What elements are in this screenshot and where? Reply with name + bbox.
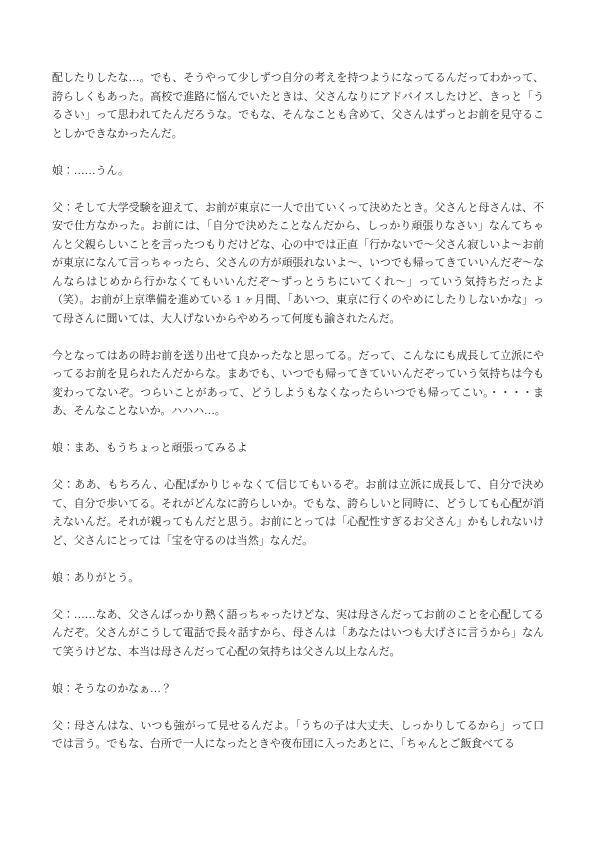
dialogue-paragraph-daughter: 娘：ありがとう。 [52,569,544,588]
dialogue-paragraph-father: 父：そして大学受験を迎えて、お前が東京に一人で出ていくって決めたとき。父さんと母… [52,199,544,329]
dialogue-paragraph-father: 父：母さんはな、いつも強がって見せるんだよ。「うちの子は大丈夫、しっかりしてるか… [52,717,544,754]
document-page: 配したりしたな…。でも、そうやって少しずつ自分の考えを持つようになってるんだって… [0,0,596,842]
dialogue-paragraph-father: 父：ああ、もちろん、心配ばかりじゃなくて信じてもいるぞ。お前は立派に成長して、自… [52,476,544,550]
dialogue-paragraph-continuation: 配したりしたな…。でも、そうやって少しずつ自分の考えを持つようになってるんだって… [52,69,544,143]
document-body: 配したりしたな…。でも、そうやって少しずつ自分の考えを持つようになってるんだって… [52,69,544,754]
dialogue-paragraph-daughter: 娘：……うん。 [52,162,544,181]
dialogue-paragraph-father: 今となってはあの時お前を送り出せて良かったなと思ってる。だって、こんなにも成長し… [52,347,544,421]
dialogue-paragraph-daughter: 娘：そうなのかなぁ…？ [52,680,544,699]
dialogue-paragraph-father: 父：……なあ、父さんばっかり熱く語っちゃったけどな、実は母さんだってお前のことを… [52,606,544,662]
dialogue-paragraph-daughter: 娘：まあ、もうちょっと頑張ってみるよ [52,439,544,458]
